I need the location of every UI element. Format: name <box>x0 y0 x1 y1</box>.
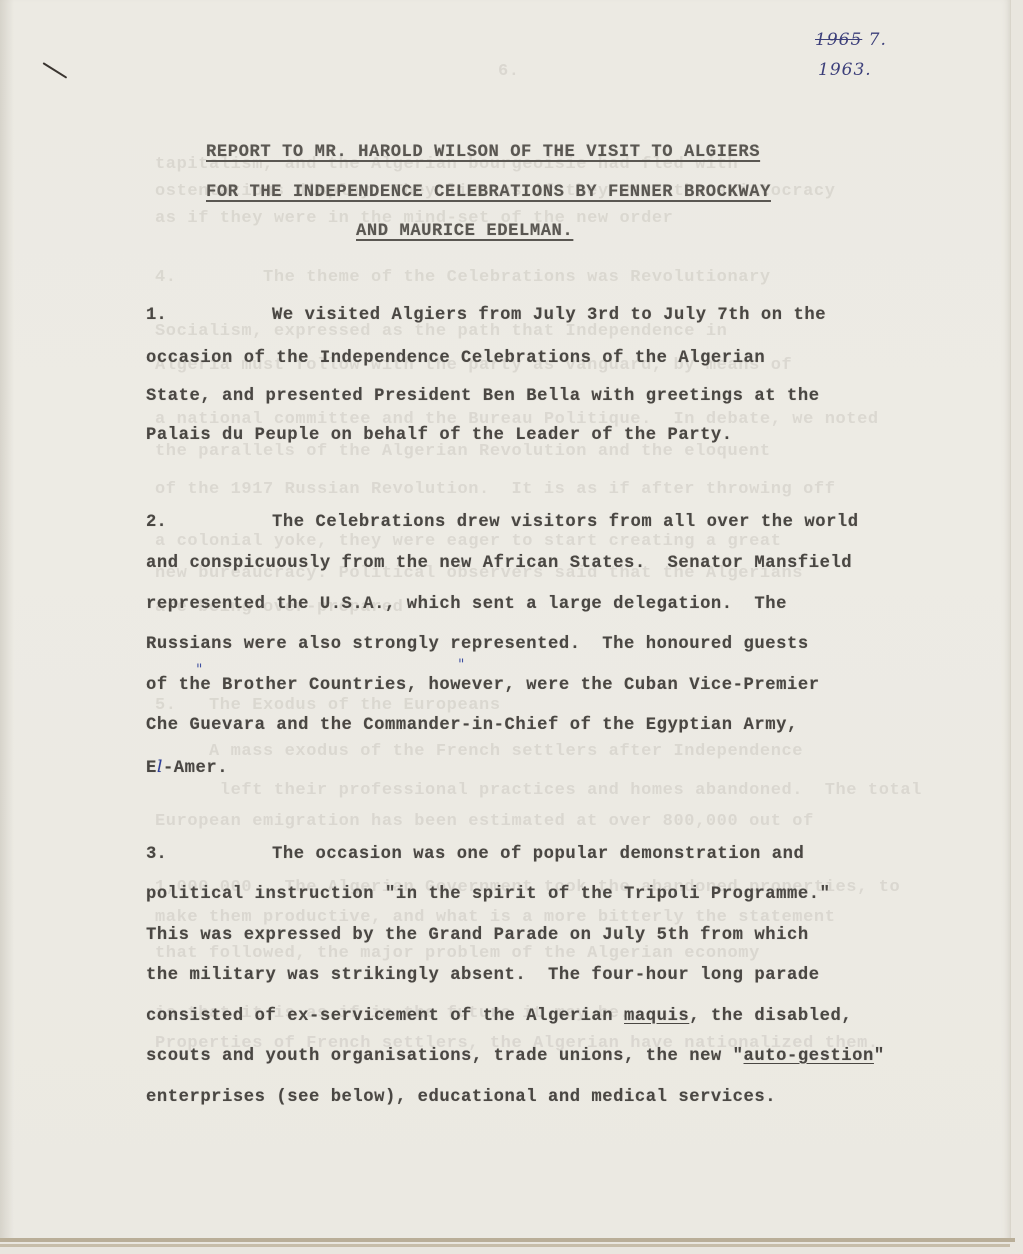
text-run: scouts and youth organisations, trade un… <box>146 1047 744 1066</box>
text-run: " <box>874 1047 885 1066</box>
page-edge <box>0 1238 1015 1242</box>
paragraph-line: This was expressed by the Grand Parade o… <box>146 926 809 945</box>
ghost-line: make them productive, and what is a more… <box>155 908 836 927</box>
paragraph-line: occasion of the Independence Celebration… <box>146 349 765 368</box>
ink-quote-close: " <box>458 657 464 673</box>
paragraph-line: represented the U.S.A., which sent a lar… <box>146 595 787 614</box>
paragraph-line: State, and presented President Ben Bella… <box>146 387 820 406</box>
ghost-line: 4. The theme of the Celebrations was Rev… <box>155 268 771 287</box>
paragraph-number: 3. <box>146 845 167 864</box>
paragraph-line: We visited Algiers from July 3rd to July… <box>272 306 826 325</box>
ghost-line: of the 1917 Russian Revolution. It is as… <box>155 480 836 499</box>
paragraph-line: The Celebrations drew visitors from all … <box>272 513 859 532</box>
typed-suffix: -Amer. <box>163 759 228 778</box>
paragraph-line: scouts and youth organisations, trade un… <box>146 1047 885 1066</box>
paragraph-line: The occasion was one of popular demonstr… <box>272 845 804 864</box>
paragraph-line: Palais du Peuple on behalf of the Leader… <box>146 426 733 445</box>
handwritten-year: 1963. <box>818 60 872 80</box>
paragraph-line: political instruction "in the spirit of … <box>146 885 830 904</box>
pencil-mark <box>42 62 67 79</box>
document-page: 6. tapitalism, and the Algerian bourgeoi… <box>0 0 1011 1242</box>
ghost-page-number: 6. <box>498 62 520 81</box>
ghost-line: European emigration has been estimated a… <box>155 812 814 831</box>
typed-prefix: E <box>146 759 157 778</box>
paragraph-line: the military was strikingly absent. The … <box>146 966 820 985</box>
text-run: consisted of ex-servicement of the Alger… <box>146 1007 624 1026</box>
ghost-line: a colonial yoke, they were eager to star… <box>155 532 782 551</box>
paragraph-number: 1. <box>146 306 167 325</box>
paragraph-line-last: El-Amer. <box>146 757 228 778</box>
title-line-3: AND MAURICE EDELMAN. <box>356 222 573 241</box>
paragraph-line: enterprises (see below), educational and… <box>146 1088 776 1107</box>
ghost-line: that followed, the major problem of the … <box>155 944 760 963</box>
page-shadow <box>0 0 14 1240</box>
underlined-term-auto-gestion: auto-gestion <box>744 1047 874 1066</box>
paragraph-number: 2. <box>146 513 167 532</box>
ghost-line: 5. The Exodus of the Europeans <box>155 696 501 715</box>
paragraph-line: consisted of ex-servicement of the Alger… <box>146 1007 852 1026</box>
page-edge-underneath <box>0 1244 1010 1247</box>
title-line-1: REPORT TO MR. HAROLD WILSON OF THE VISIT… <box>206 143 760 162</box>
ghost-line: left their professional practices and ho… <box>155 781 922 800</box>
title-line-2: FOR THE INDEPENDENCE CELEBRATIONS BY FEN… <box>206 183 771 202</box>
paragraph-line: and conspicuously from the new African S… <box>146 554 852 573</box>
paragraph-line: of the Brother Countries, however, were … <box>146 676 820 695</box>
struck-year: 1965 <box>815 30 862 50</box>
underlined-term-maquis: maquis <box>624 1007 689 1026</box>
handwritten-year-corrected: 1965 7. <box>815 30 887 50</box>
text-run: , the disabled, <box>689 1007 852 1026</box>
paragraph-line: Russians were also strongly represented.… <box>146 635 809 654</box>
struck-year-suffix: 7. <box>869 30 887 50</box>
ghost-line: A mass exodus of the French settlers aft… <box>155 742 803 761</box>
paragraph-line: Che Guevara and the Commander-in-Chief o… <box>146 716 798 735</box>
